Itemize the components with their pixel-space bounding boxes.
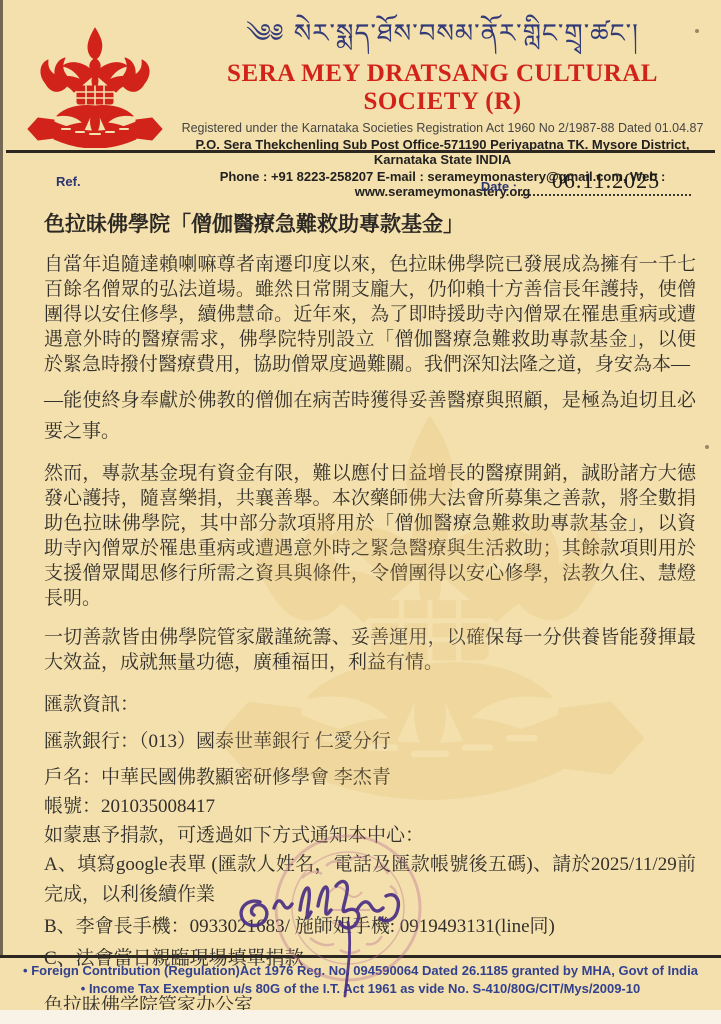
- scan-bottom-strip: [0, 1010, 721, 1024]
- remittance-account-name: 戶名：中華民國佛教顯密研修學會 李杰青: [44, 763, 696, 792]
- header-divider: [6, 150, 715, 153]
- tibetan-title: ༄༅ སེར་སྨད་ཐོས་བསམ་ནོར་གླིང་གྲྭ་ཚང་།: [170, 14, 715, 54]
- letterhead: ༄༅ སེར་སྨད་ཐོས་བསམ་ནོར་གླིང་གྲྭ་ཚང་། SER…: [0, 0, 721, 150]
- remittance-account-number: 帳號：201035008417: [44, 792, 696, 821]
- scan-speck: [705, 445, 709, 449]
- paragraph: —能使終身奉獻於佛教的僧伽在病苦時獲得妥善醫療與照顧，是極為迫切且必要之事。: [44, 385, 696, 447]
- paragraph: 一切善款皆由佛學院管家嚴謹統籌、妥善運用，以確保每一分供養皆能發揮最大效益，成就…: [44, 625, 696, 675]
- remittance-section-label: 匯款資訊：: [44, 689, 696, 716]
- organization-name: SERA MEY DRATSANG CULTURAL SOCIETY (R): [170, 60, 715, 116]
- paragraph: 然而，專款基金現有資金有限，難以應付日益增長的醫療開銷，誠盼諸方大德發心護持，隨…: [44, 461, 696, 611]
- handwritten-signature: [241, 881, 398, 996]
- paragraph: 自當年追隨達賴喇嘛尊者南遷印度以來，色拉昧佛學院已發展成為擁有一千七百餘名僧眾的…: [44, 252, 696, 377]
- ref-label: Ref.: [56, 174, 81, 189]
- document-title: 色拉昧佛學院「僧伽醫療急難救助專款基金」: [44, 208, 696, 238]
- date-label: Date :: [481, 179, 517, 196]
- date-line: 06.11.2025: [521, 168, 691, 196]
- ref-date-row: Ref. Date : 06.11.2025: [56, 168, 701, 202]
- monastery-crest-icon: [24, 26, 166, 148]
- seal-and-signature: [226, 826, 464, 1002]
- registration-line: Registered under the Karnataka Societies…: [170, 121, 715, 135]
- remittance-bank: 匯款銀行：（013）國泰世華銀行 仁愛分行: [44, 726, 696, 753]
- scanned-letter-page: ༄༅ སེར་སྨད་ཐོས་བསམ་ནོར་གླིང་གྲྭ་ཚང་། SER…: [0, 0, 721, 1024]
- date-group: Date : 06.11.2025: [481, 168, 691, 196]
- date-value: 06.11.2025: [552, 168, 660, 193]
